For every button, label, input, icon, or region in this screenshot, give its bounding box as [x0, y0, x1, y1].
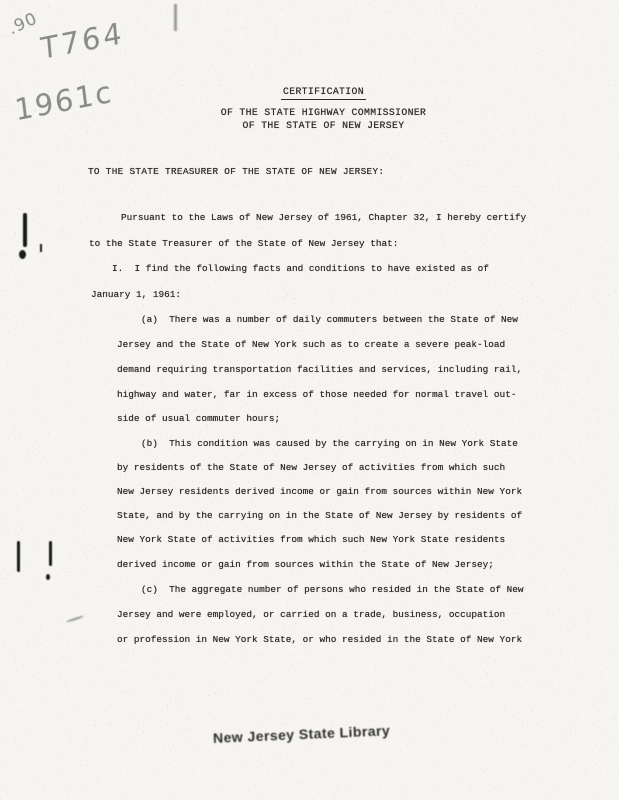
binding-mark-lower-right — [49, 541, 52, 566]
binding-mark-upper — [23, 213, 27, 247]
document-line: New Jersey residents derived income or g… — [117, 487, 522, 497]
document-line: New York State of activities from which … — [117, 535, 505, 545]
document-line: by residents of the State of New Jersey … — [117, 463, 505, 473]
document-line: Jersey and the State of New York such as… — [117, 340, 505, 350]
document-line: side of usual commuter hours; — [117, 414, 280, 424]
document-title: CERTIFICATION — [281, 86, 366, 100]
document-line: or profession in New York State, or who … — [117, 635, 522, 645]
document-line: January 1, 1961: — [91, 290, 181, 300]
scan-artifact-top-line — [174, 4, 177, 31]
document-subtitle-1: OF THE STATE HIGHWAY COMMISSIONER — [12, 107, 619, 118]
document-line: demand requiring transportation faciliti… — [117, 365, 522, 375]
handwritten-call-number-cutter: T764 — [39, 16, 125, 66]
binding-mark-upper-dot — [19, 250, 26, 259]
document-line: (a) There was a number of daily commuter… — [141, 315, 518, 325]
pencil-smudge — [66, 615, 84, 622]
library-stamp: New Jersey State Library — [213, 723, 391, 746]
salutation: TO THE STATE TREASURER OF THE STATE OF N… — [88, 167, 384, 177]
document-line: to the State Treasurer of the State of N… — [89, 239, 398, 249]
document-line: derived income or gain from sources with… — [117, 560, 494, 570]
document-line: Pursuant to the Laws of New Jersey of 19… — [121, 213, 526, 223]
document-line: highway and water, far in excess of thos… — [117, 390, 516, 400]
document-line: State, and by the carrying on in the Sta… — [117, 511, 522, 521]
document-content: .90 T764 1961c CERTIFICATION OF THE STAT… — [0, 0, 619, 800]
binding-mark-upper-tick — [40, 244, 42, 252]
document-line: (b) This condition was caused by the car… — [141, 439, 518, 449]
document-subtitle-2: OF THE STATE OF NEW JERSEY — [12, 120, 619, 131]
document-title-row: CERTIFICATION — [12, 86, 619, 100]
document-line: Jersey and were employed, or carried on … — [117, 610, 505, 620]
document-line: I. I find the following facts and condit… — [112, 264, 489, 274]
scanned-document-page: .90 T764 1961c CERTIFICATION OF THE STAT… — [0, 0, 619, 800]
binding-mark-lower-dot — [46, 574, 50, 580]
handwritten-call-number-decimal: .90 — [5, 9, 41, 39]
binding-mark-lower-left — [17, 541, 20, 572]
document-line: (c) The aggregate number of persons who … — [141, 585, 524, 595]
